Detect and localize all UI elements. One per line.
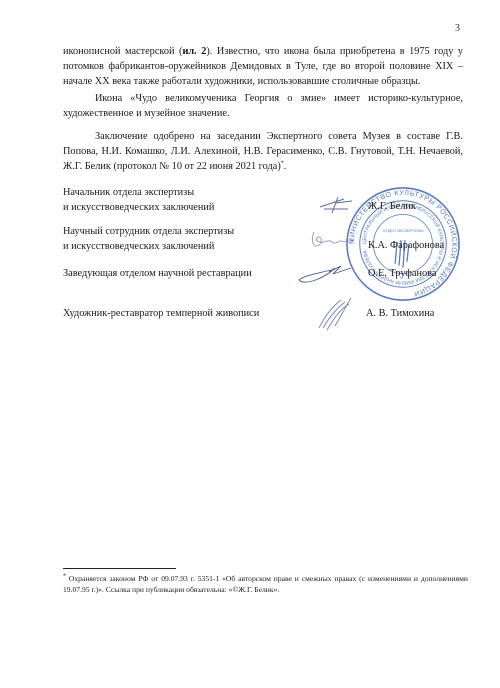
signature-name-3: О.Е. Труфанова xyxy=(368,266,436,281)
title-line: и искусствоведческих заключений xyxy=(63,200,214,215)
signature-title-3: Заведующая отделом научной реставрации xyxy=(63,266,252,281)
text: Заключение одобрено на заседании Эксперт… xyxy=(63,131,463,172)
page-number: 3 xyxy=(455,23,460,34)
title-line: Начальник отдела экспертизы xyxy=(63,185,214,200)
paragraph-approval: Заключение одобрено на заседании Эксперт… xyxy=(63,129,463,174)
signature-name-2: К.А. Фарафонова xyxy=(368,238,444,253)
title-line: и искусствоведческих заключений xyxy=(63,239,234,254)
signature-title-2: Научный сотрудник отдела экспертизы и ис… xyxy=(63,224,234,254)
footnote-text: Охраняется законом РФ от 09.07.93 г. 535… xyxy=(63,574,468,594)
footnote-separator xyxy=(63,568,176,569)
signature-name-4: А. В. Тимохина xyxy=(366,306,434,321)
svg-text:ОТДЕЛ ЭКСПЕРТИЗЫ: ОТДЕЛ ЭКСПЕРТИЗЫ xyxy=(382,228,424,233)
text: иконописной мастерской ( xyxy=(63,46,182,57)
footnote: * Охраняется законом РФ от 09.07.93 г. 5… xyxy=(63,573,468,595)
paragraph-significance: Икона «Чудо великомученика Георгия о зми… xyxy=(63,91,463,121)
text: . xyxy=(284,161,287,172)
illustration-ref: ил. 2 xyxy=(182,46,206,57)
title-line: Научный сотрудник отдела экспертизы xyxy=(63,224,234,239)
signature-title-1: Начальник отдела экспертизы и искусствов… xyxy=(63,185,214,215)
signature-title-4: Художник-реставратор темперной живописи xyxy=(63,306,259,321)
paragraph-provenance: иконописной мастерской (ил. 2). Известно… xyxy=(63,44,463,89)
signature-name-1: Ж.Г. Белик xyxy=(368,199,416,214)
